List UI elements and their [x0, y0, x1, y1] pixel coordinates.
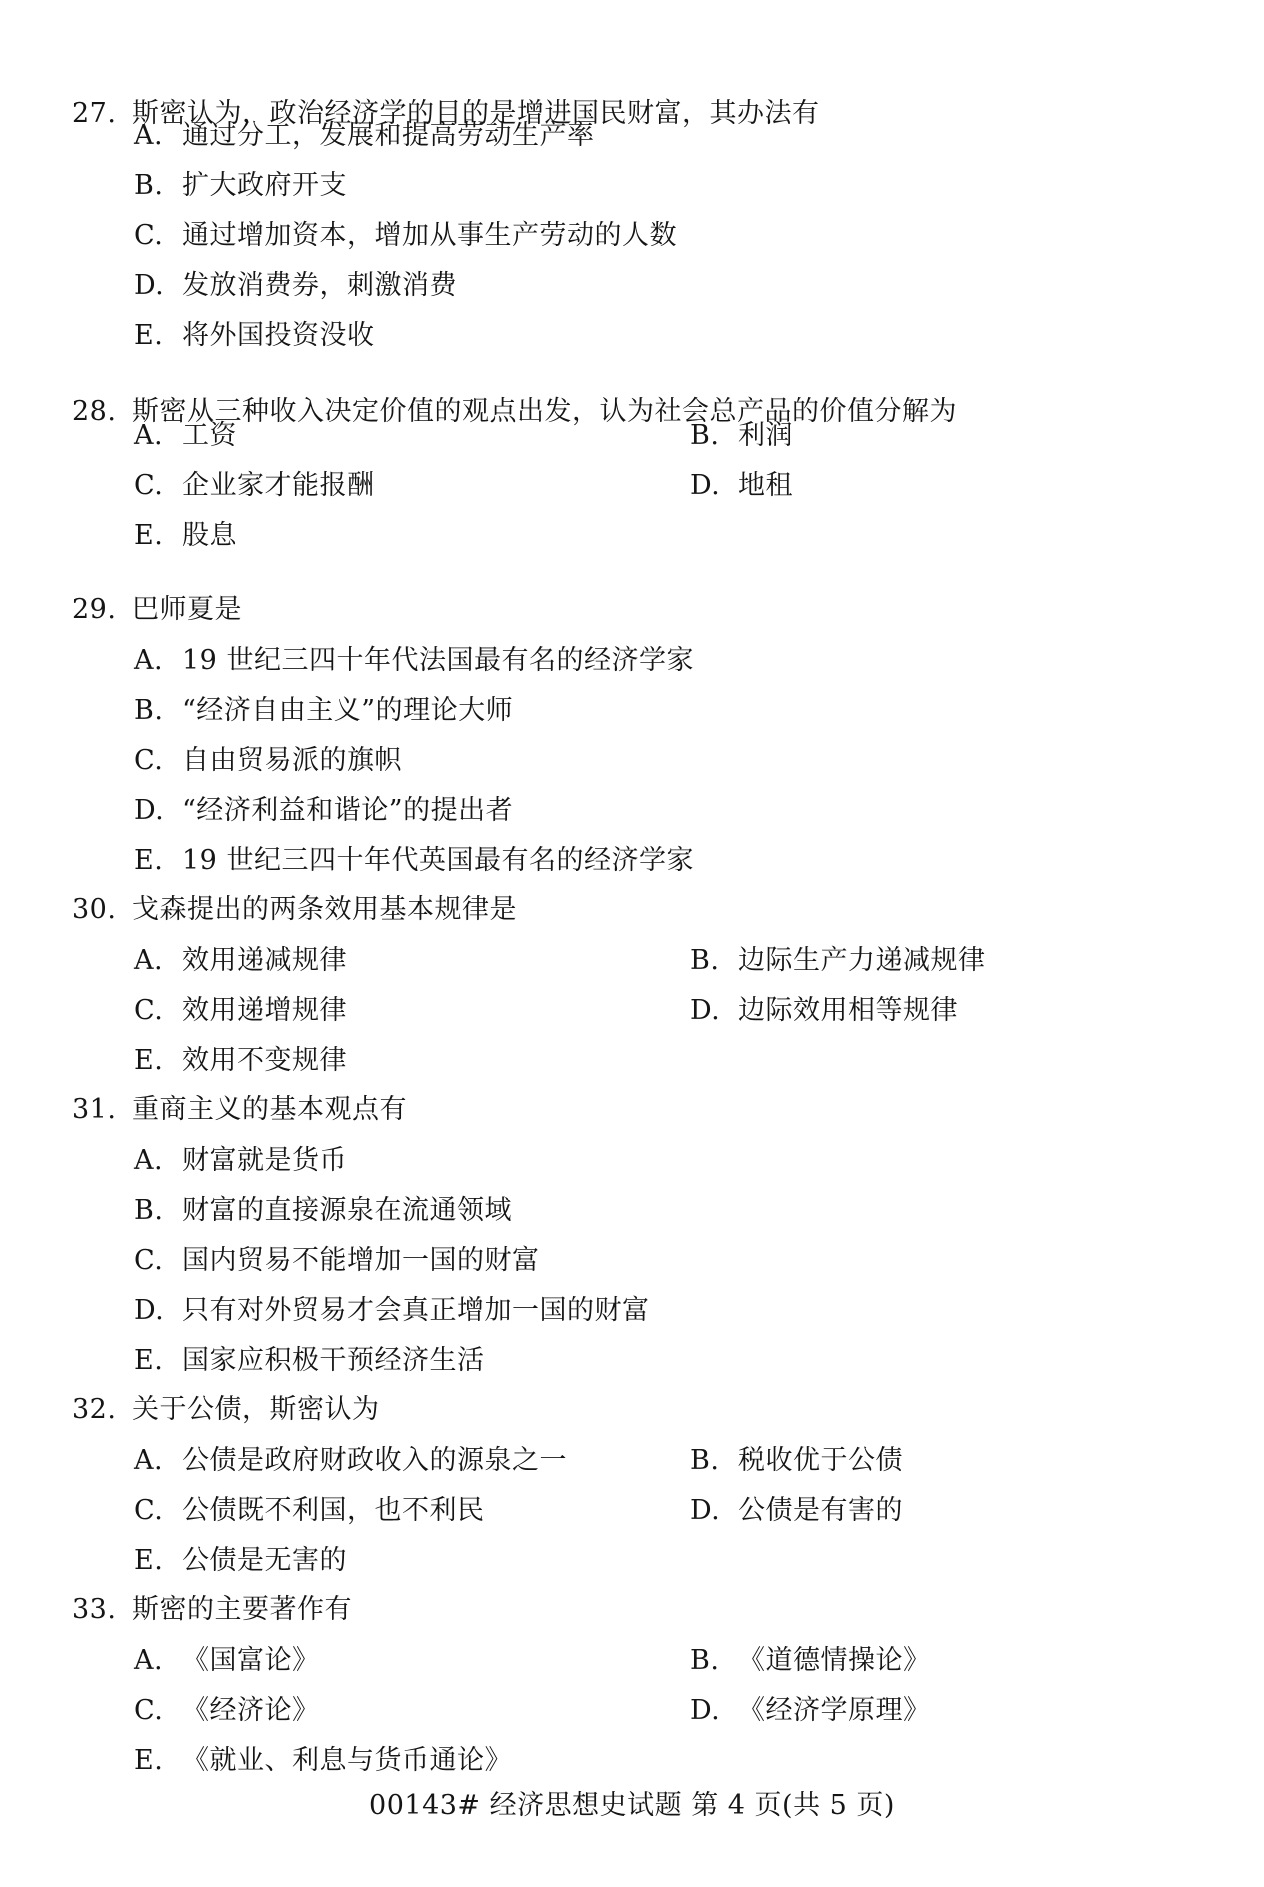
exam-page: 27.斯密认为，政治经济学的目的是增进国民财富，其办法有 A.通过分工，发展和提… [0, 0, 1264, 1887]
option-30-e: E.效用不变规律 [134, 1043, 347, 1079]
option-letter: A. [134, 118, 182, 154]
option-text: 国家应积极干预经济生活 [182, 1345, 485, 1376]
option-27-c: C.通过增加资本，增加从事生产劳动的人数 [134, 218, 677, 254]
option-letter: A. [134, 1143, 182, 1179]
option-text: 将外国投资没收 [182, 320, 375, 351]
option-32-d: D.公债是有害的 [690, 1493, 903, 1529]
option-text: 《道德情操论》 [738, 1645, 931, 1676]
option-text: 扩大政府开支 [182, 170, 347, 201]
question-number: 29. [72, 592, 132, 628]
option-27-a: A.通过分工，发展和提高劳动生产率 [134, 118, 595, 154]
option-29-e: E.19 世纪三四十年代英国最有名的经济学家 [134, 843, 694, 879]
option-30-b: B.边际生产力递减规律 [690, 943, 986, 979]
question-number: 28. [72, 394, 132, 430]
option-letter: B. [134, 168, 182, 204]
option-31-d: D.只有对外贸易才会真正增加一国的财富 [134, 1293, 650, 1329]
option-text: 地租 [738, 470, 793, 501]
option-28-c: C.企业家才能报酬 [134, 468, 375, 504]
option-33-b: B.《道德情操论》 [690, 1643, 931, 1679]
option-letter: E. [134, 1343, 182, 1379]
option-text: 公债是无害的 [182, 1545, 347, 1576]
question-31: 31.重商主义的基本观点有 [72, 1092, 407, 1128]
option-28-a: A.工资 [134, 418, 237, 454]
option-letter: D. [690, 993, 738, 1029]
option-letter: B. [690, 1443, 738, 1479]
option-text: 通过分工，发展和提高劳动生产率 [182, 120, 595, 151]
option-text: 边际效用相等规律 [738, 995, 958, 1026]
option-27-e: E.将外国投资没收 [134, 318, 375, 354]
option-letter: D. [690, 1693, 738, 1729]
option-text: 19 世纪三四十年代法国最有名的经济学家 [182, 645, 694, 676]
question-32: 32.关于公债，斯密认为 [72, 1392, 380, 1428]
question-number: 33. [72, 1592, 132, 1628]
option-letter: B. [690, 943, 738, 979]
option-letter: D. [690, 468, 738, 504]
option-letter: E. [134, 843, 182, 879]
option-30-a: A.效用递减规律 [134, 943, 347, 979]
question-stem: 关于公债，斯密认为 [132, 1394, 380, 1425]
option-text: 自由贸易派的旗帜 [182, 745, 402, 776]
option-33-a: A.《国富论》 [134, 1643, 320, 1679]
option-28-b: B.利润 [690, 418, 793, 454]
page-footer: 00143# 经济思想史试题 第 4 页(共 5 页) [0, 1788, 1264, 1824]
option-text: 发放消费券，刺激消费 [182, 270, 457, 301]
option-31-e: E.国家应积极干预经济生活 [134, 1343, 485, 1379]
option-text: 《就业、利息与货币通论》 [182, 1745, 512, 1776]
option-letter: A. [134, 1643, 182, 1679]
option-text: 效用递增规律 [182, 995, 347, 1026]
option-text: 效用递减规律 [182, 945, 347, 976]
option-text: 财富就是货币 [182, 1145, 347, 1176]
option-text: 公债是政府财政收入的源泉之一 [182, 1445, 567, 1476]
option-32-b: B.税收优于公债 [690, 1443, 903, 1479]
option-28-d: D.地租 [690, 468, 793, 504]
option-32-a: A.公债是政府财政收入的源泉之一 [134, 1443, 567, 1479]
option-text: “经济自由主义”的理论大师 [182, 695, 513, 726]
option-33-d: D.《经济学原理》 [690, 1693, 931, 1729]
option-letter: E. [134, 518, 182, 554]
option-letter: A. [134, 418, 182, 454]
option-letter: B. [134, 1193, 182, 1229]
option-text: 公债既不利国，也不利民 [182, 1495, 485, 1526]
option-text: 工资 [182, 420, 237, 451]
option-31-a: A.财富就是货币 [134, 1143, 347, 1179]
question-30: 30.戈森提出的两条效用基本规律是 [72, 892, 517, 928]
question-number: 30. [72, 892, 132, 928]
question-33: 33.斯密的主要著作有 [72, 1592, 352, 1628]
option-letter: B. [134, 693, 182, 729]
option-letter: C. [134, 743, 182, 779]
question-stem: 重商主义的基本观点有 [132, 1094, 407, 1125]
question-number: 32. [72, 1392, 132, 1428]
option-33-c: C.《经济论》 [134, 1693, 320, 1729]
option-31-b: B.财富的直接源泉在流通领域 [134, 1193, 512, 1229]
option-text: 国内贸易不能增加一国的财富 [182, 1245, 540, 1276]
option-29-d: D.“经济利益和谐论”的提出者 [134, 793, 513, 829]
option-32-c: C.公债既不利国，也不利民 [134, 1493, 485, 1529]
option-letter: D. [134, 1293, 182, 1329]
option-letter: B. [690, 418, 738, 454]
option-text: “经济利益和谐论”的提出者 [182, 795, 513, 826]
option-letter: D. [134, 268, 182, 304]
question-stem: 戈森提出的两条效用基本规律是 [132, 894, 517, 925]
option-letter: D. [690, 1493, 738, 1529]
option-29-b: B.“经济自由主义”的理论大师 [134, 693, 513, 729]
option-27-d: D.发放消费券，刺激消费 [134, 268, 457, 304]
option-text: 财富的直接源泉在流通领域 [182, 1195, 512, 1226]
option-33-e: E.《就业、利息与货币通论》 [134, 1743, 512, 1779]
option-text: 利润 [738, 420, 793, 451]
option-letter: E. [134, 318, 182, 354]
option-32-e: E.公债是无害的 [134, 1543, 347, 1579]
option-letter: B. [690, 1643, 738, 1679]
option-letter: E. [134, 1743, 182, 1779]
option-letter: C. [134, 1493, 182, 1529]
option-29-a: A.19 世纪三四十年代法国最有名的经济学家 [134, 643, 694, 679]
option-30-c: C.效用递增规律 [134, 993, 347, 1029]
option-letter: C. [134, 218, 182, 254]
option-text: 只有对外贸易才会真正增加一国的财富 [182, 1295, 650, 1326]
option-letter: C. [134, 1693, 182, 1729]
question-number: 27. [72, 96, 132, 132]
option-28-e: E.股息 [134, 518, 237, 554]
option-letter: D. [134, 793, 182, 829]
question-stem: 巴师夏是 [132, 594, 242, 625]
option-text: 企业家才能报酬 [182, 470, 375, 501]
question-number: 31. [72, 1092, 132, 1128]
option-letter: E. [134, 1043, 182, 1079]
option-letter: E. [134, 1543, 182, 1579]
question-stem: 斯密的主要著作有 [132, 1594, 352, 1625]
option-letter: A. [134, 943, 182, 979]
option-text: 股息 [182, 520, 237, 551]
question-stem: 斯密从三种收入决定价值的观点出发，认为社会总产品的价值分解为 [132, 396, 957, 427]
option-30-d: D.边际效用相等规律 [690, 993, 958, 1029]
option-text: 通过增加资本，增加从事生产劳动的人数 [182, 220, 677, 251]
option-letter: C. [134, 1243, 182, 1279]
option-text: 19 世纪三四十年代英国最有名的经济学家 [182, 845, 694, 876]
option-text: 《国富论》 [182, 1645, 320, 1676]
option-text: 公债是有害的 [738, 1495, 903, 1526]
option-letter: A. [134, 643, 182, 679]
option-27-b: B.扩大政府开支 [134, 168, 347, 204]
option-text: 《经济论》 [182, 1695, 320, 1726]
option-29-c: C.自由贸易派的旗帜 [134, 743, 402, 779]
option-text: 边际生产力递减规律 [738, 945, 986, 976]
option-letter: C. [134, 993, 182, 1029]
option-text: 《经济学原理》 [738, 1695, 931, 1726]
option-letter: A. [134, 1443, 182, 1479]
option-text: 税收优于公债 [738, 1445, 903, 1476]
option-31-c: C.国内贸易不能增加一国的财富 [134, 1243, 540, 1279]
option-text: 效用不变规律 [182, 1045, 347, 1076]
option-letter: C. [134, 468, 182, 504]
question-29: 29.巴师夏是 [72, 592, 242, 628]
